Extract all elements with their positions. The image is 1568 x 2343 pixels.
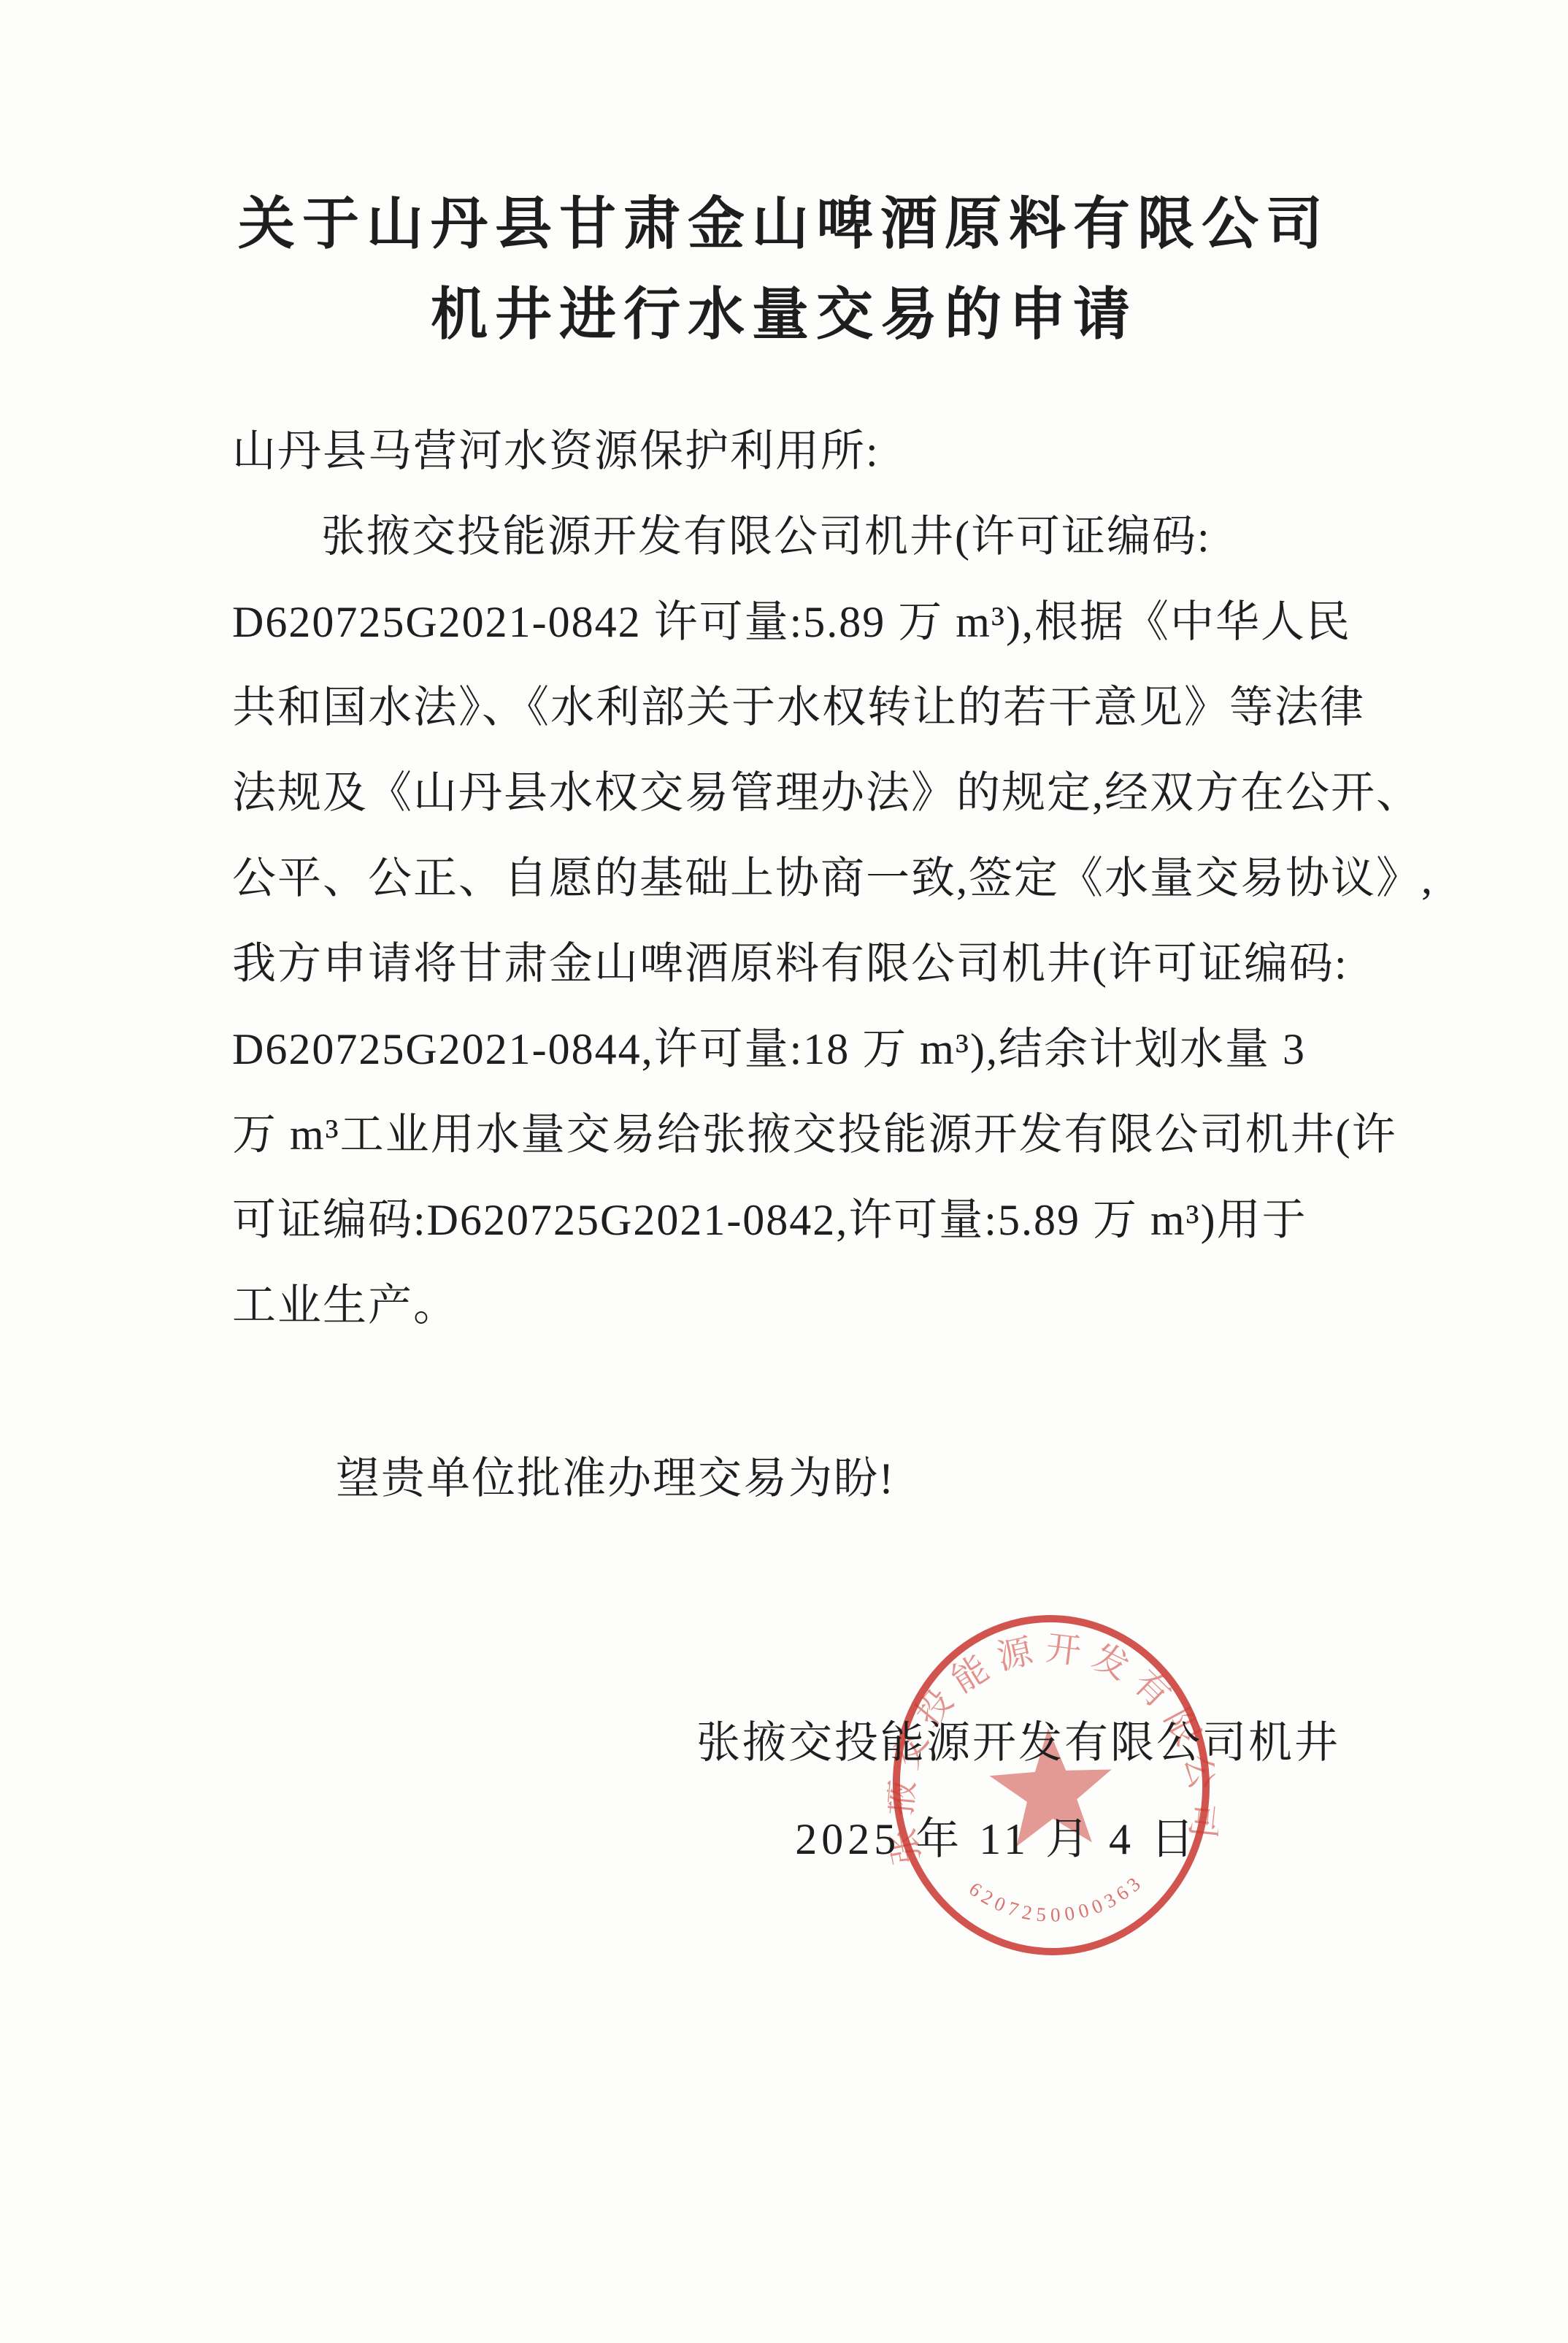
body-line: 工业生产。 <box>232 1263 1386 1349</box>
scanned-application-letter: 关于山丹县甘肃金山啤酒原料有限公司 机井进行水量交易的申请 山丹县马营河水资源保… <box>0 0 1568 2343</box>
body-line: D620725G2021-0842 许可量:5.89 万 m³),根据《中华人民 <box>232 580 1386 665</box>
body-line: D620725G2021-0844,许可量:18 万 m³),结余计划水量 3 <box>232 1007 1386 1092</box>
signature-company-name: 张掖交投能源开发有限公司机井 <box>696 1717 1340 1768</box>
signature-date: 2025 年 11 月 4 日 <box>795 1814 1199 1865</box>
body-line: 张掖交投能源开发有限公司机井(许可证编码: <box>232 494 1386 580</box>
title-line-1: 关于山丹县甘肃金山啤酒原料有限公司 <box>0 179 1568 269</box>
letter-body: 山丹县马营河水资源保护利用所: 张掖交投能源开发有限公司机井(许可证编码: D6… <box>232 409 1386 1349</box>
salutation: 山丹县马营河水资源保护利用所: <box>232 409 1386 494</box>
body-line: 万 m³工业用水量交易给张掖交投能源开发有限公司机井(许 <box>232 1092 1386 1178</box>
body-line: 共和国水法》、《水利部关于水权转让的若干意见》等法律 <box>232 665 1386 751</box>
body-line: 可证编码:D620725G2021-0842,许可量:5.89 万 m³)用于 <box>232 1178 1386 1263</box>
closing-request-line: 望贵单位批准办理交易为盼! <box>232 1453 895 1504</box>
body-line: 公平、公正、自愿的基础上协商一致,签定《水量交易协议》, <box>232 836 1386 921</box>
document-title: 关于山丹县甘肃金山啤酒原料有限公司 机井进行水量交易的申请 <box>0 179 1568 360</box>
official-seal-stamp: 张掖交投能源开发有限公司 6207250000363 <box>878 1602 1225 1969</box>
seal-serial-number: 6207250000363 <box>964 1869 1150 1930</box>
body-line: 我方申请将甘肃金山啤酒原料有限公司机井(许可证编码: <box>232 921 1386 1007</box>
body-line: 法规及《山丹县水权交易管理办法》的规定,经双方在公开、 <box>232 751 1386 836</box>
title-line-2: 机井进行水量交易的申请 <box>0 269 1568 360</box>
